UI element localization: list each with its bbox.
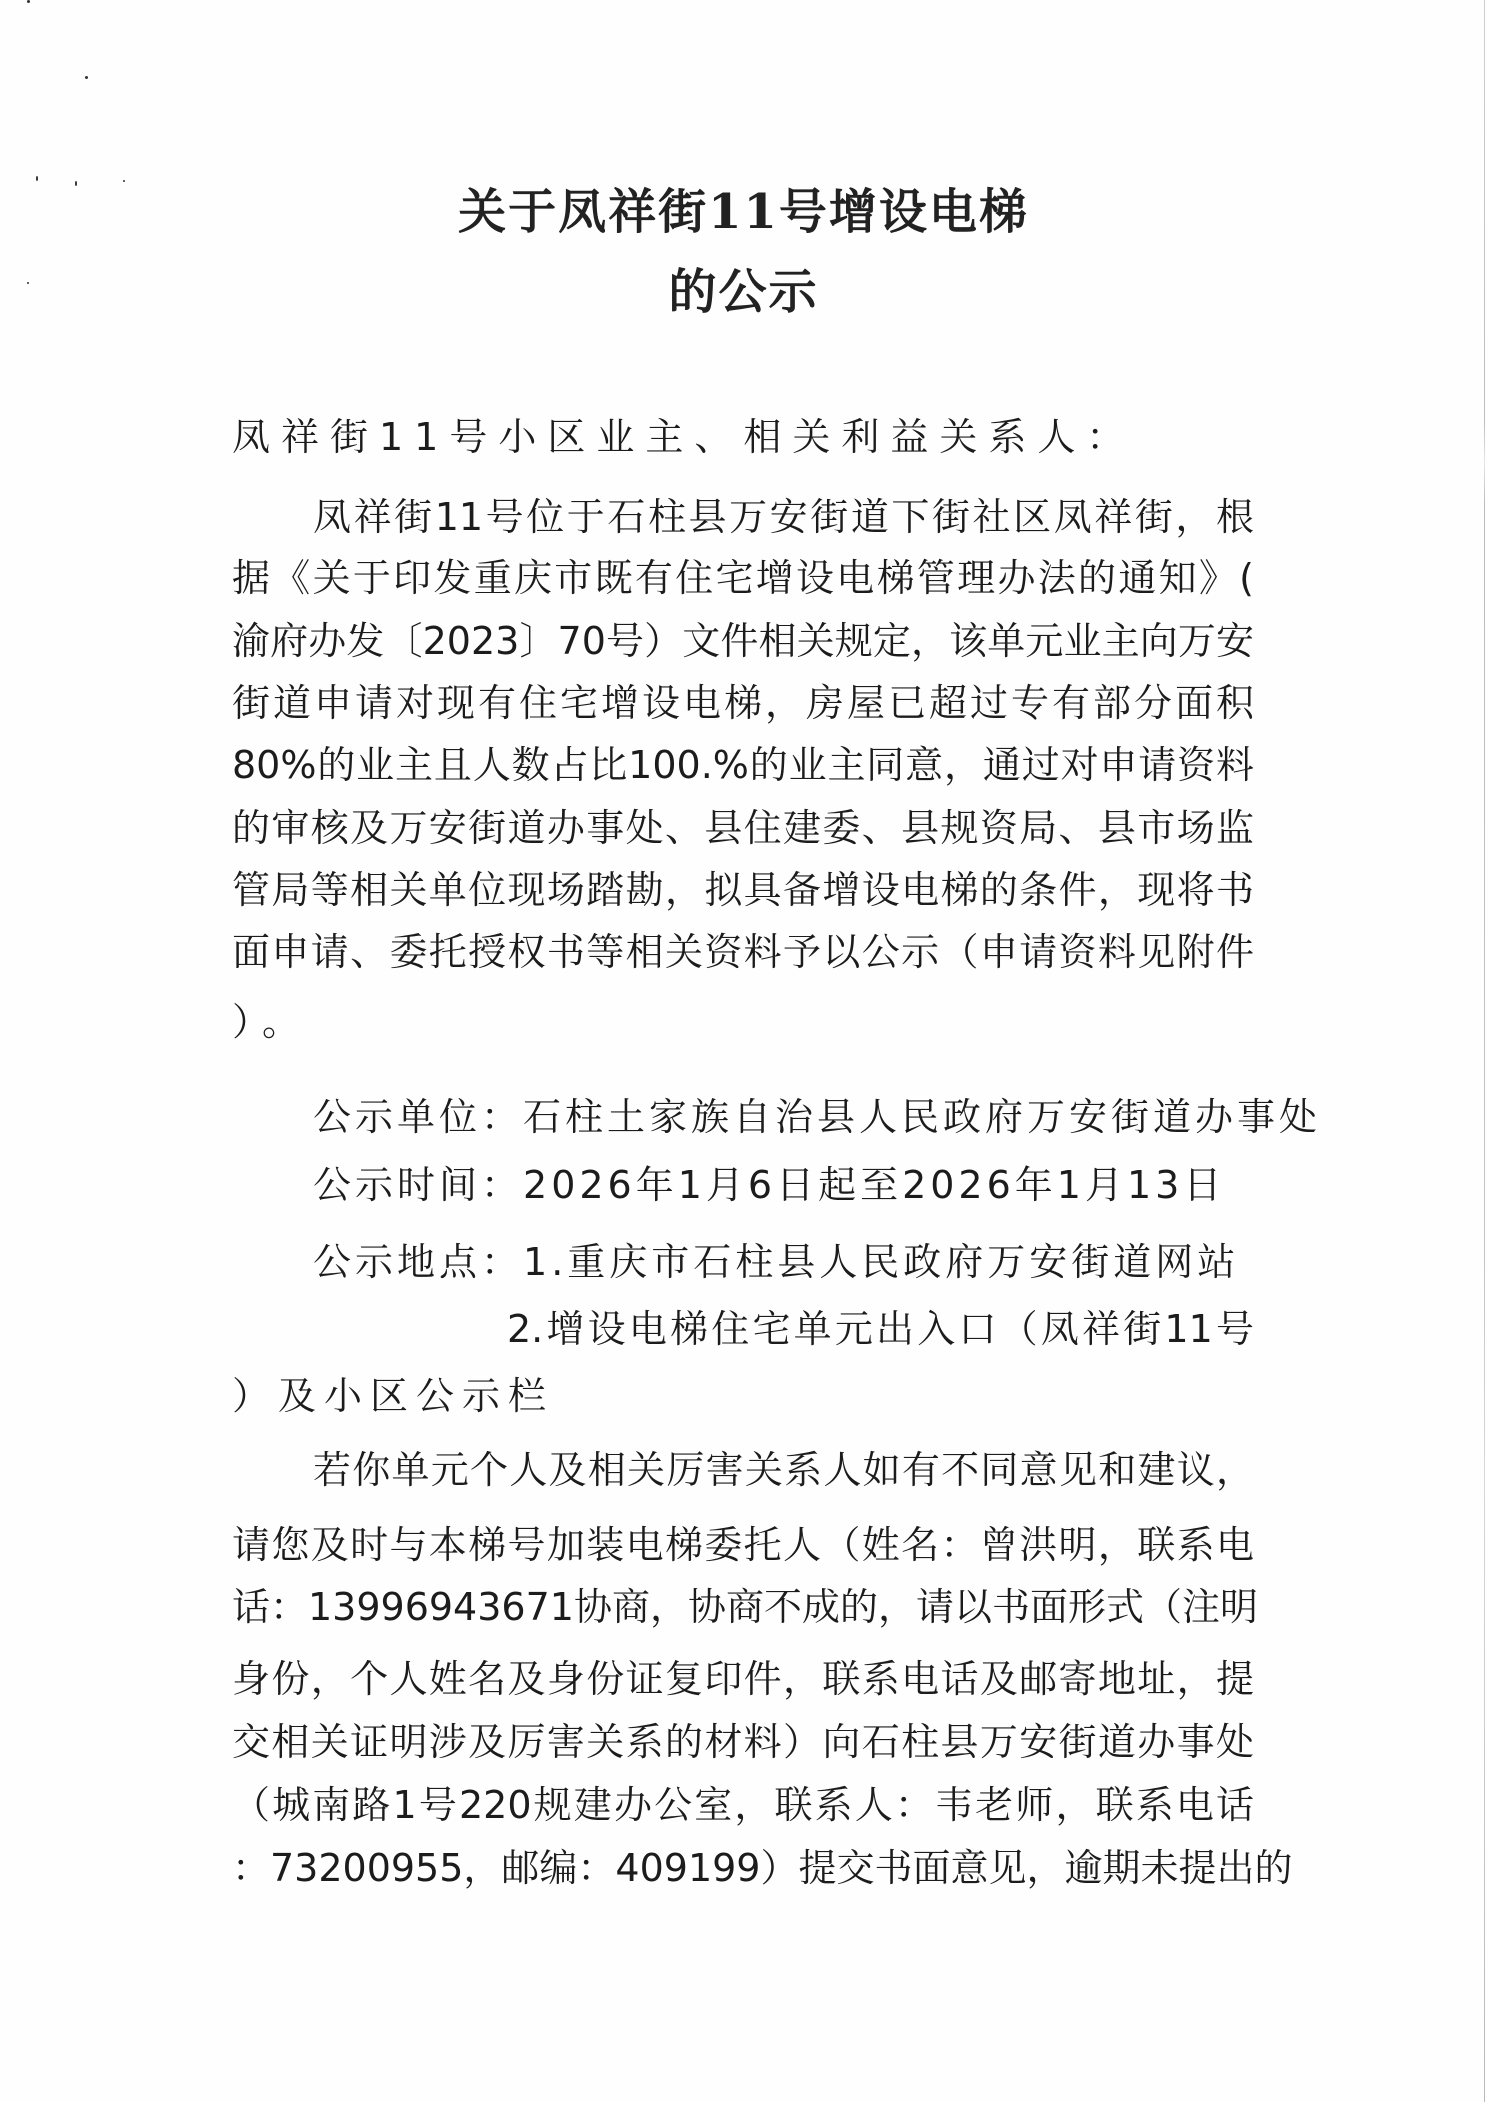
paragraph1-line: 管局等相关单位现场踏勘，拟具备增设电梯的条件，现将书	[232, 865, 1254, 915]
document-title-line-2: 的公示	[0, 262, 1487, 322]
paragraph2-line: 交相关证明涉及厉害关系的材料）向石柱县万安街道办事处	[232, 1717, 1254, 1767]
paragraph2-line: （城南路1号220规建办公室，联系人：韦老师，联系电话	[232, 1780, 1254, 1830]
notice-time-value: 2026年1月6日起至2026年1月13日	[523, 1163, 1225, 1207]
scan-speck	[27, 0, 30, 3]
paragraph1-line: 渝府办发〔2023〕70号）文件相关规定，该单元业主向万安	[232, 616, 1254, 666]
paragraph1-line: 面申请、委托授权书等相关资料予以公示（申请资料见附件	[232, 927, 1254, 977]
paragraph1-line: 街道申请对现有住宅增设电梯，房屋已超过专有部分面积	[232, 678, 1254, 728]
document-title-line-1: 关于凤祥街11号增设电梯	[0, 182, 1487, 242]
paragraph2-line: ：73200955，邮编：409199）提交书面意见，逾期未提出的	[232, 1843, 1254, 1893]
notice-location-label: 公示地点：	[313, 1240, 523, 1284]
notice-location-item-2-cont: ）及小区公示栏	[232, 1371, 554, 1421]
notice-time-label: 公示时间：	[313, 1163, 523, 1207]
notice-unit-label: 公示单位：	[313, 1095, 523, 1139]
scan-speck	[85, 76, 88, 79]
notice-unit-row: 公示单位：石柱土家族自治县人民政府万安街道办事处	[313, 1092, 1321, 1142]
paragraph2-line: 请您及时与本梯号加装电梯委托人（姓名：曾洪明，联系电	[232, 1520, 1254, 1570]
paragraph1-line: 凤祥街11号位于石柱县万安街道下街社区凤祥街，根	[313, 492, 1254, 542]
paragraph1-line: 80%的业主且人数占比100.%的业主同意，通过对申请资料	[232, 740, 1254, 790]
paragraph2-line: 话：13996943671协商，协商不成的，请以书面形式（注明	[232, 1582, 1254, 1632]
notice-unit-value: 石柱土家族自治县人民政府万安街道办事处	[523, 1095, 1321, 1139]
notice-location-row: 公示地点：1.重庆市石柱县人民政府万安街道网站	[313, 1237, 1239, 1287]
paragraph1-line: 据《关于印发重庆市既有住宅增设电梯管理办法的通知》(	[232, 553, 1254, 603]
salutation: 凤祥街11号小区业主、相关利益关系人：	[232, 412, 1135, 462]
notice-location-item-2: 2.增设电梯住宅单元出入口（凤祥街11号	[507, 1304, 1254, 1354]
notice-time-row: 公示时间：2026年1月6日起至2026年1月13日	[313, 1160, 1225, 1210]
paragraph2-line: 身份，个人姓名及身份证复印件，联系电话及邮寄地址，提	[232, 1654, 1254, 1704]
paragraph1-line: 的审核及万安街道办事处、县住建委、县规资局、县市场监	[232, 803, 1254, 853]
document-page: 关于凤祥街11号增设电梯 的公示 凤祥街11号小区业主、相关利益关系人： 凤祥街…	[0, 0, 1487, 2102]
scan-speck	[36, 176, 38, 181]
notice-location-item-1: 1.重庆市石柱县人民政府万安街道网站	[523, 1240, 1239, 1284]
paragraph1-line: ）。	[232, 997, 311, 1047]
paragraph2-line: 若你单元个人及相关厉害关系人如有不同意见和建议，	[313, 1445, 1254, 1495]
